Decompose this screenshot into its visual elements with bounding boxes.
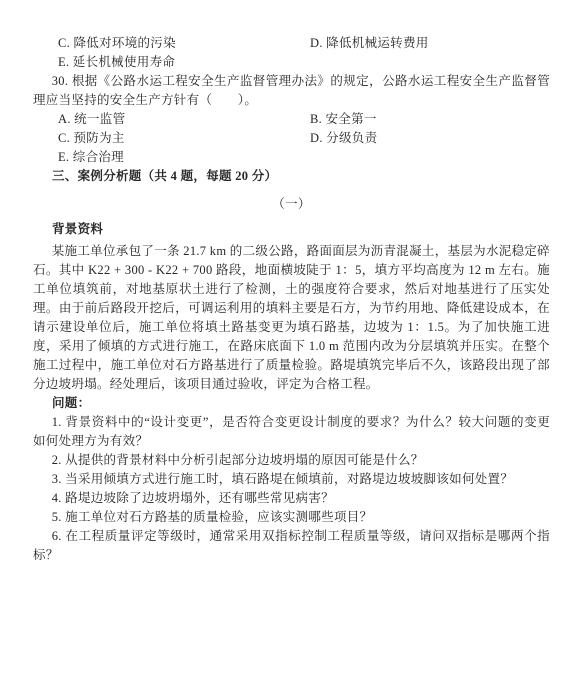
case-question-1: 1. 背景资料中的“设计变更”，是否符合变更设计制度的要求？为什么？较大问题的变… xyxy=(33,413,550,451)
case-question-4: 4. 路堤边坡除了边坡坍塌外，还有哪些常见病害？ xyxy=(33,489,550,508)
prev-question-option-row-2: E. 延长机械使用寿命 xyxy=(33,53,550,72)
case-number: （一） xyxy=(33,195,550,214)
option-e-label: E. 延长机械使用寿命 xyxy=(58,55,175,69)
option-b-label: B. 安全第一 xyxy=(310,110,377,129)
option-c-label: C. 预防为主 xyxy=(58,131,125,145)
case-question-2: 2. 从提供的背景材料中分析引起部分边坡坍塌的原因可能是什么？ xyxy=(33,451,550,470)
option-d-label: D. 降低机械运转费用 xyxy=(310,34,429,53)
questions-title: 问题： xyxy=(33,394,550,413)
scanned-exam-page: C. 降低对环境的污染 D. 降低机械运转费用 E. 延长机械使用寿命 30. … xyxy=(0,0,580,690)
option-d-label: D. 分级负责 xyxy=(310,129,377,148)
page-content: C. 降低对环境的污染 D. 降低机械运转费用 E. 延长机械使用寿命 30. … xyxy=(33,34,550,565)
background-title: 背景资料 xyxy=(33,220,550,239)
question-30-option-row-1: A. 统一监管 B. 安全第一 xyxy=(33,110,550,129)
question-30-option-row-3: E. 综合治理 xyxy=(33,148,550,167)
background-paragraph: 某施工单位承包了一条 21.7 km 的二级公路，路面面层为沥青混凝土，基层为水… xyxy=(33,242,550,394)
question-30-stem: 30. 根据《公路水运工程安全生产监督管理办法》的规定，公路水运工程安全生产监督… xyxy=(33,72,550,110)
option-e-label: E. 综合治理 xyxy=(58,150,124,164)
case-question-6: 6. 在工程质量评定等级时，通常采用双指标控制工程质量等级，请问双指标是哪两个指… xyxy=(33,527,550,565)
option-c-label: C. 降低对环境的污染 xyxy=(58,36,176,50)
question-30-option-row-2: C. 预防为主 D. 分级负责 xyxy=(33,129,550,148)
case-question-3: 3. 当采用倾填方式进行施工时，填石路堤在倾填前，对路堤边坡坡脚该如何处置？ xyxy=(33,470,550,489)
section-heading: 三、案例分析题（共 4 题，每题 20 分） xyxy=(33,167,550,186)
prev-question-option-row-1: C. 降低对环境的污染 D. 降低机械运转费用 xyxy=(33,34,550,53)
option-a-label: A. 统一监管 xyxy=(58,112,125,126)
case-question-5: 5. 施工单位对石方路基的质量检验，应该实测哪些项目？ xyxy=(33,508,550,527)
